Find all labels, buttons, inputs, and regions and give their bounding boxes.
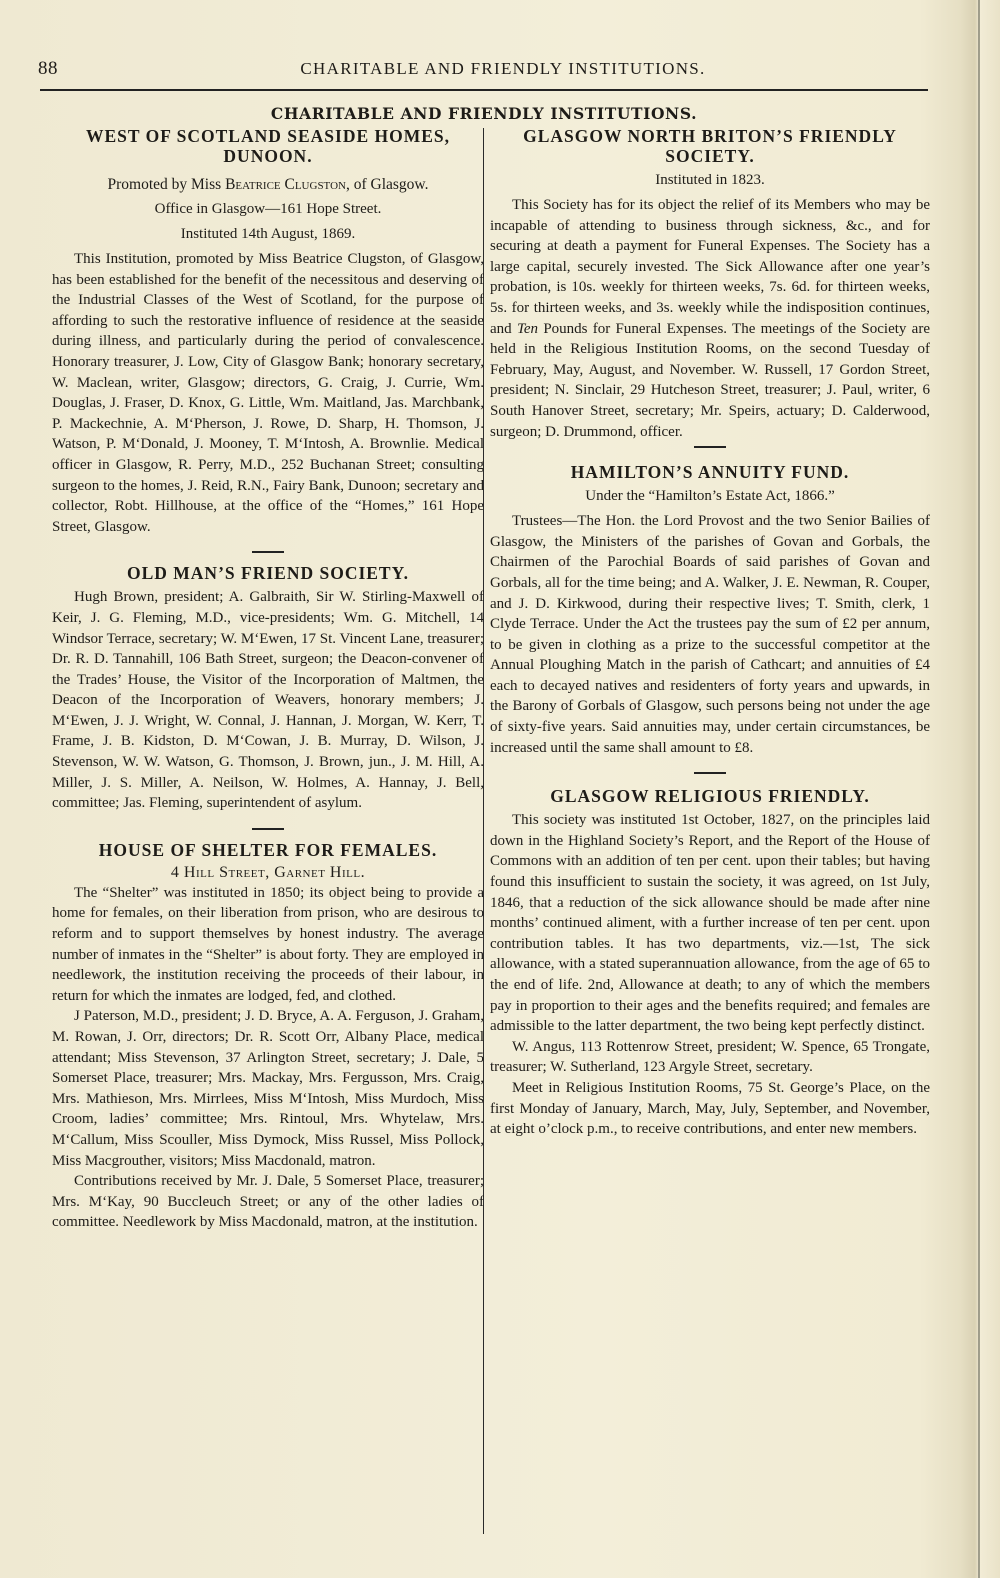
section-separator — [252, 828, 284, 830]
section-separator — [252, 551, 284, 553]
instituted-date: Instituted in 1823. — [490, 170, 930, 191]
instituted-date: Instituted 14th August, 1869. — [52, 224, 484, 245]
italic-text: Ten — [517, 321, 538, 337]
section-title: GLASGOW RELIGIOUS FRIENDLY. — [490, 786, 930, 806]
promoted-prefix: Promoted by Miss — [108, 176, 226, 193]
section-old-mans-friend-society: OLD MAN’S FRIEND SOCIETY. Hugh Brown, pr… — [52, 563, 484, 814]
section-body-3: Contributions received by Mr. J. Dale, 5… — [52, 1171, 484, 1233]
left-column: WEST OF SCOTLAND SEASIDE HOMES, DUNOON. … — [52, 126, 484, 1233]
section-title: OLD MAN’S FRIEND SOCIETY. — [52, 563, 484, 583]
body-text: This Society has for its object the reli… — [490, 197, 930, 337]
section-title: GLASGOW NORTH BRITON’S FRIENDLY SOCIETY. — [490, 126, 930, 166]
section-title-line2: DUNOON. — [223, 146, 312, 166]
section-body: Trustees—The Hon. the Lord Provost and t… — [490, 511, 930, 758]
section-body: Hugh Brown, president; A. Galbraith, Sir… — [52, 587, 484, 814]
section-house-of-shelter: HOUSE OF SHELTER FOR FEMALES. 4 Hill Str… — [52, 840, 484, 1233]
section-north-briton-friendly-society: GLASGOW NORTH BRITON’S FRIENDLY SOCIETY.… — [490, 126, 930, 442]
section-subtitle: Under the “Hamilton’s Estate Act, 1866.” — [490, 486, 930, 507]
section-body-2: W. Angus, 113 Rottenrow Street, presiden… — [490, 1037, 930, 1078]
section-glasgow-religious-friendly: GLASGOW RELIGIOUS FRIENDLY. This society… — [490, 786, 930, 1140]
promoted-suffix: , of Glasgow. — [346, 176, 429, 193]
section-west-scotland-seaside-homes: WEST OF SCOTLAND SEASIDE HOMES, DUNOON. … — [52, 126, 484, 537]
section-body: This Institution, promoted by Miss Beatr… — [52, 249, 484, 537]
main-title: CHARITABLE AND FRIENDLY INSTITUTIONS. — [40, 104, 928, 123]
body-text: Pounds for Funeral Expenses. The meeting… — [490, 321, 930, 440]
page-gutter-edge — [978, 0, 980, 1578]
right-column: GLASGOW NORTH BRITON’S FRIENDLY SOCIETY.… — [490, 126, 930, 1140]
section-body-3: Meet in Religious Institution Rooms, 75 … — [490, 1078, 930, 1140]
section-body: This Society has for its object the reli… — [490, 195, 930, 442]
section-separator — [694, 772, 726, 774]
section-separator — [694, 446, 726, 448]
running-head: 88 CHARITABLE AND FRIENDLY INSTITUTIONS. — [38, 58, 928, 82]
section-title-line1: WEST OF SCOTLAND SEASIDE HOMES, — [86, 126, 450, 146]
section-title: WEST OF SCOTLAND SEASIDE HOMES, DUNOON. — [52, 126, 484, 166]
promoted-by: Promoted by Miss Beatrice Clugston, of G… — [52, 174, 484, 195]
running-title: CHARITABLE AND FRIENDLY INSTITUTIONS. — [38, 59, 928, 79]
section-body-2: J Paterson, M.D., president; J. D. Bryce… — [52, 1006, 484, 1171]
section-body-1: The “Shelter” was instituted in 1850; it… — [52, 883, 484, 1007]
section-title-line1: GLASGOW NORTH BRITON’S FRIENDLY — [523, 126, 897, 146]
header-rule — [40, 89, 928, 91]
section-title-line2: SOCIETY. — [665, 146, 755, 166]
section-hamiltons-annuity-fund: HAMILTON’S ANNUITY FUND. Under the “Hami… — [490, 462, 930, 758]
office-address: Office in Glasgow—161 Hope Street. — [52, 199, 484, 220]
shelter-address: 4 Hill Street, Garnet Hill. — [52, 862, 484, 883]
section-body-1: This society was instituted 1st October,… — [490, 810, 930, 1037]
section-title: HOUSE OF SHELTER FOR FEMALES. — [52, 840, 484, 860]
promoter-name: Beatrice Clugston — [225, 176, 346, 193]
section-title: HAMILTON’S ANNUITY FUND. — [490, 462, 930, 482]
